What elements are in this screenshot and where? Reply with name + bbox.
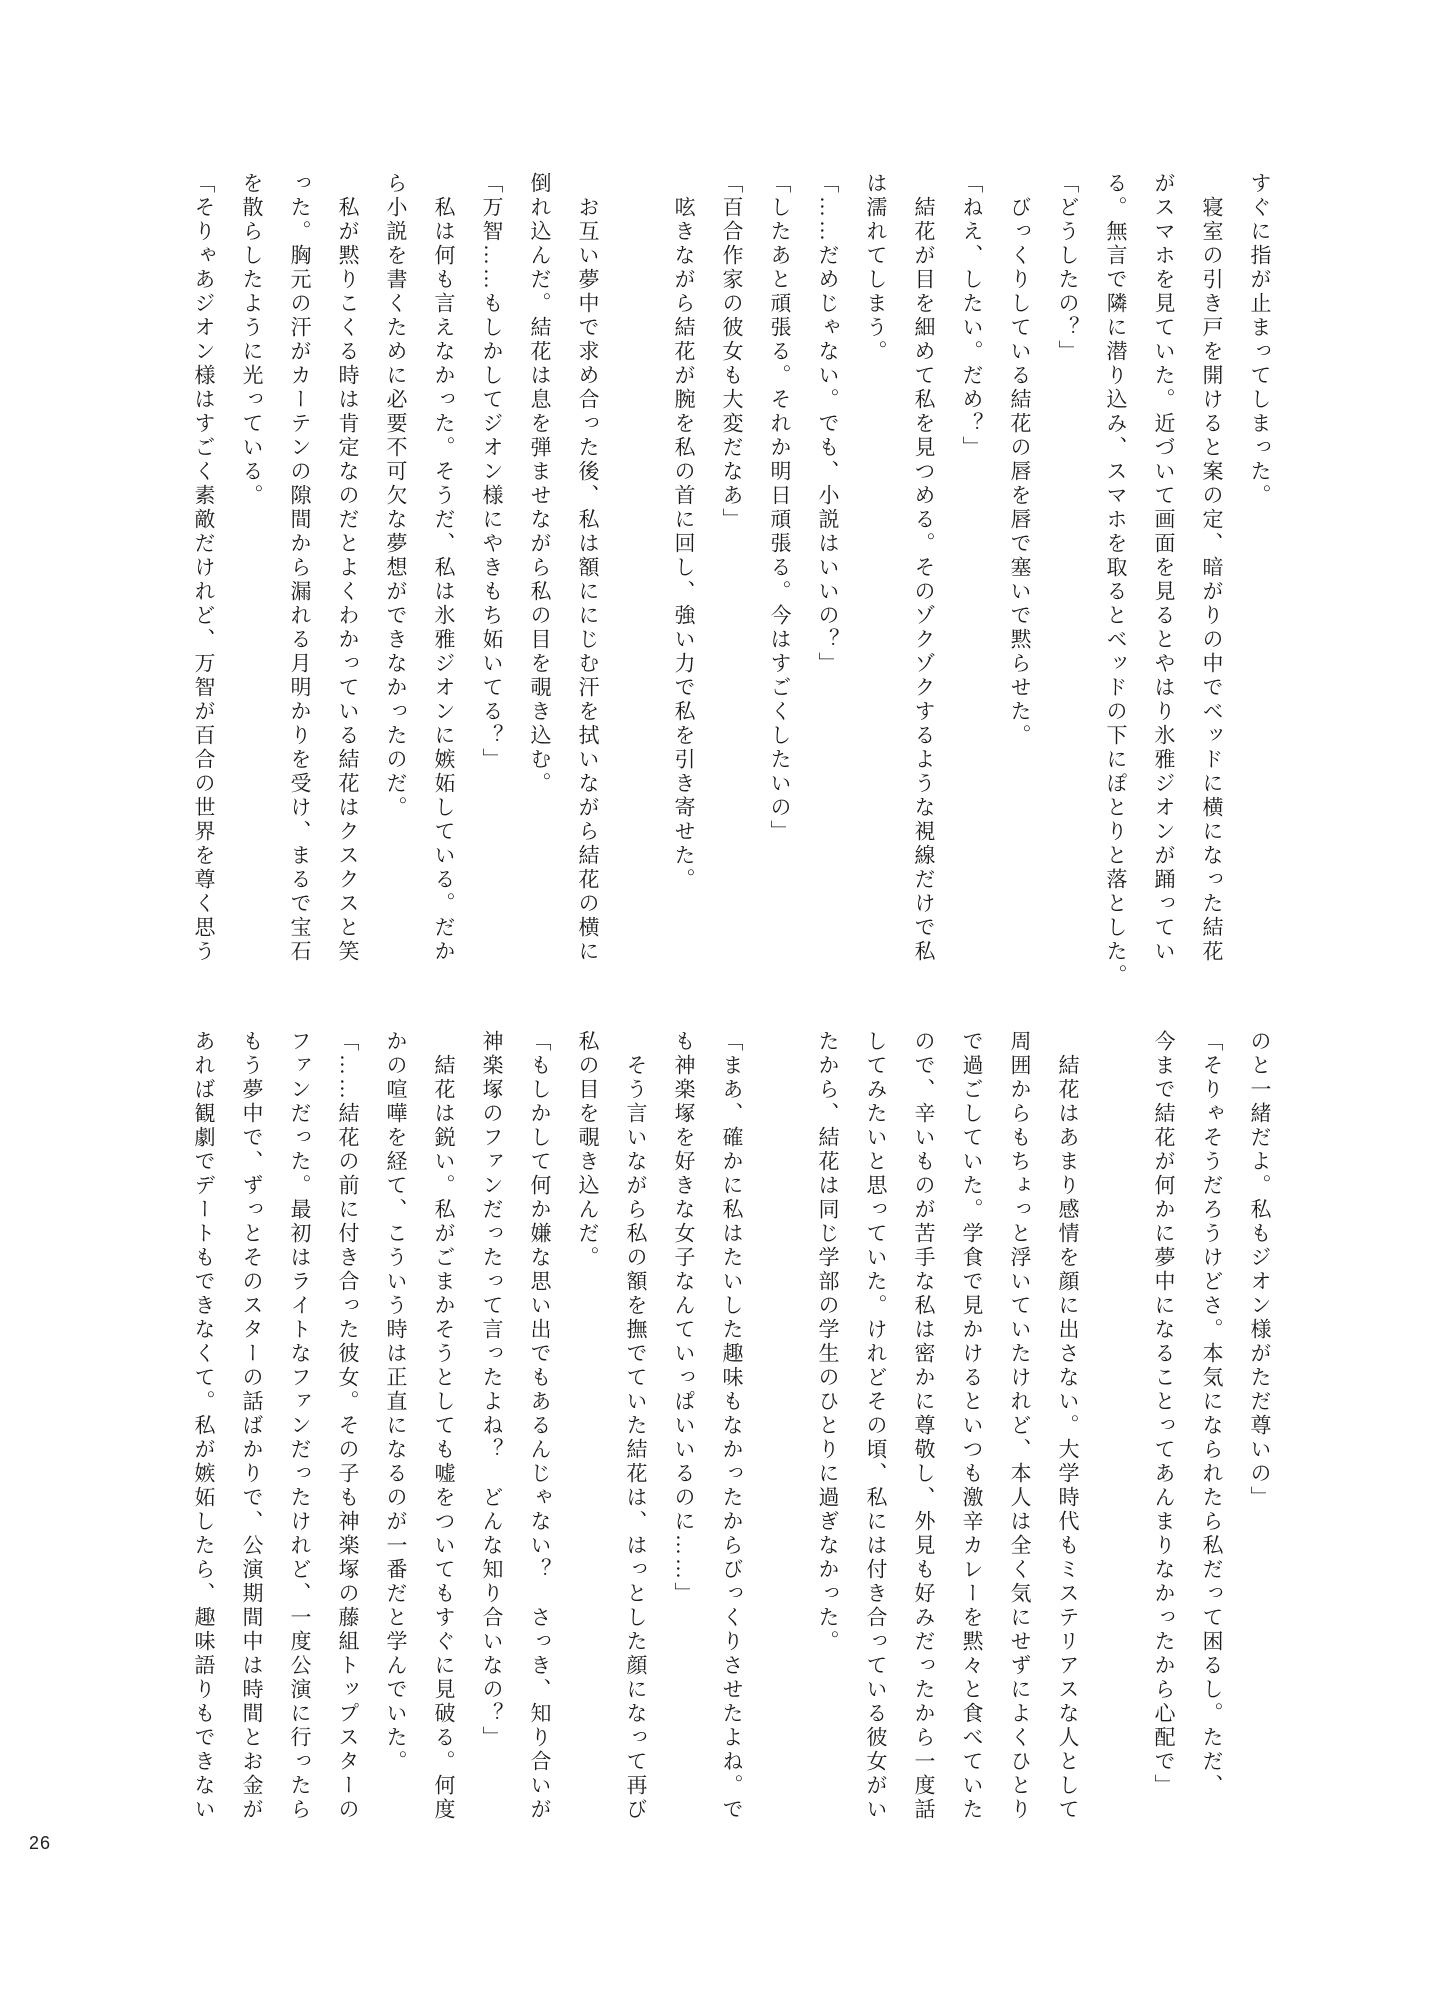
lower-text-block: のと一緒だよ。私もジオン様がただ尊いの」 「そりゃそうだろうけどさ。本気になられ… [172, 1030, 1284, 1866]
novel-page: すぐに指が止まってしまった。 寝室の引き戸を開けると案の定、暗がりの中でベッドに… [0, 0, 1430, 2000]
upper-text-block: すぐに指が止まってしまった。 寝室の引き戸を開けると案の定、暗がりの中でベッドに… [172, 172, 1284, 1008]
page-number: 26 [29, 1833, 51, 1854]
